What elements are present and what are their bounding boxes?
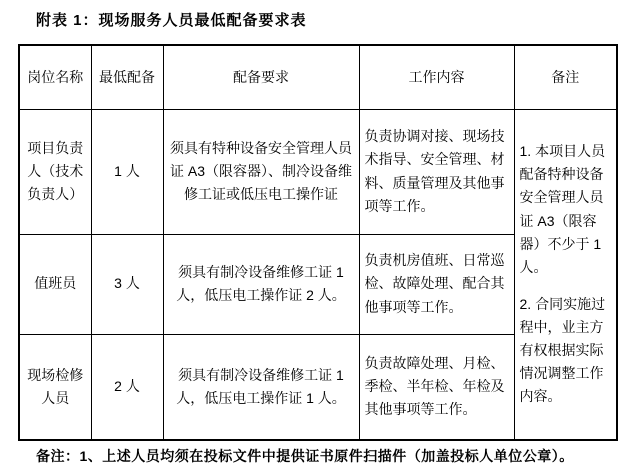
duties-cell: 负责机房值班、日常巡检、故障处理、配合其他事项等工作。 bbox=[359, 234, 514, 334]
requirements-cell: 须具有制冷设备维修工证 1 人，低压电工操作证 1 人。 bbox=[163, 334, 359, 440]
duties-cell: 负责故障处理、月检、季检、半年检、年检及其他事项等工作。 bbox=[359, 334, 514, 440]
position-cell: 项目负责人（技术负责人） bbox=[19, 109, 91, 234]
position-cell: 现场检修人员 bbox=[19, 334, 91, 440]
duties-cell: 负责协调对接、现场技术指导、安全管理、材料、质量管理及其他事项等工作。 bbox=[359, 109, 514, 234]
min-staff-cell: 1 人 bbox=[91, 109, 163, 234]
table-row: 项目负责人（技术负责人） 1 人 须具有特种设备安全管理人员证 A3（限容器）、… bbox=[19, 109, 617, 234]
remark-item: 1. 本项目人员配备特种设备安全管理人员证 A3（限容器）不少于 1 人。 bbox=[520, 140, 612, 279]
page-title: 附表 1：现场服务人员最低配备要求表 bbox=[36, 9, 636, 30]
min-staff-cell: 3 人 bbox=[91, 234, 163, 334]
requirements-cell: 须具有特种设备安全管理人员证 A3（限容器）、制冷设备维修工证或低压电工操作证 bbox=[163, 109, 359, 234]
col-header-min-staff: 最低配备 bbox=[91, 45, 163, 109]
header-row: 岗位名称 最低配备 配备要求 工作内容 备注 bbox=[19, 45, 617, 109]
remark-item: 2. 合同实施过程中，业主方有权根据实际情况调整工作内容。 bbox=[520, 293, 612, 408]
col-header-duties: 工作内容 bbox=[359, 45, 514, 109]
min-staff-cell: 2 人 bbox=[91, 334, 163, 440]
footnote: 备注：1、上述人员均须在投标文件中提供证书原件扫描件（加盖投标人单位公章）。 bbox=[36, 446, 636, 466]
col-header-requirements: 配备要求 bbox=[163, 45, 359, 109]
col-header-position: 岗位名称 bbox=[19, 45, 91, 109]
document-page: 附表 1：现场服务人员最低配备要求表 岗位名称 最低配备 配备要求 工作内容 备… bbox=[0, 0, 636, 468]
requirements-cell: 须具有制冷设备维修工证 1 人，低压电工操作证 2 人。 bbox=[163, 234, 359, 334]
remarks-cell: 1. 本项目人员配备特种设备安全管理人员证 A3（限容器）不少于 1 人。 2.… bbox=[514, 109, 617, 440]
position-cell: 值班员 bbox=[19, 234, 91, 334]
staffing-table: 岗位名称 最低配备 配备要求 工作内容 备注 项目负责人（技术负责人） 1 人 … bbox=[18, 44, 618, 441]
col-header-remarks: 备注 bbox=[514, 45, 617, 109]
